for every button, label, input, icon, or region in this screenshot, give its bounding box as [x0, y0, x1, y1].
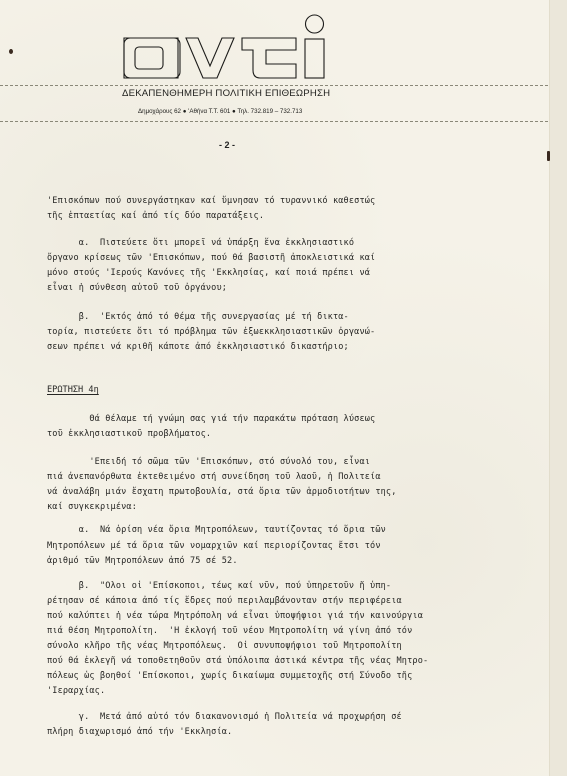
- masthead-rule-bottom: [0, 121, 548, 122]
- ink-speck: [547, 151, 550, 161]
- text-line: 'Επειδή τό σῶμα τῶν 'Επισκόπων, στό σύνο…: [47, 457, 370, 468]
- proposal-a-line: α. Νά ὁρίση νέα ὅρια Μητροπόλεων, ταυτίζ…: [47, 525, 386, 536]
- proposal-b-line: σύνολο κλῆρο τῆς νέας Μητροπόλεως. Οἱ συ…: [47, 641, 402, 652]
- ink-speck: [9, 49, 13, 54]
- proposal-b-line: πού καλύπτει ἡ νέα τώρα Μητρόπολη νά εἶν…: [47, 611, 423, 622]
- proposal-c-line: πλήρη διαχωρισμό ἀπό τήν 'Εκκλησία.: [47, 727, 232, 738]
- masthead-subtitle: ΔΕΚΑΠΕΝΘΗΜΕΡΗ ΠΟΛΙΤΙΚΗ ΕΠΙΘΕΩΡΗΣΗ: [122, 88, 382, 99]
- proposal-a-line: ἀριθμό τῶν Μητροπόλεων ἀπό 75 σέ 52.: [47, 556, 238, 567]
- question-a-line: μόνο στούς 'Ιερούς Κανόνες τῆς 'Εκκλησία…: [47, 268, 370, 279]
- masthead-address: Δημοχάρους 62 ● 'Αθήνα Τ.Τ. 601 ● Τηλ. 7…: [138, 108, 378, 115]
- text-line: Θά θέλαμε τή γνώμη σας γιά τήν παρακάτω …: [47, 414, 375, 425]
- text-line: τῆς ἑπταετίας καί ἀπό τίς δύο παρατάξεις…: [47, 211, 264, 222]
- masthead-rule-top: [0, 85, 548, 86]
- text-line: τοῦ ἐκκλησιαστικοῦ προβλήματος.: [47, 429, 211, 440]
- text-line: νά ἀναλάβη μιάν ἔσχατη πρωτοβουλία, στά …: [47, 487, 397, 498]
- proposal-b-line: β. "Ολοι οἱ 'Επίσκοποι, τέως καί νῦν, πο…: [47, 581, 391, 592]
- page-number: - 2 -: [219, 140, 235, 150]
- question-a-line: ὄργανο κρίσεως τῶν 'Επισκόπων, πού θά βα…: [47, 253, 375, 264]
- proposal-a-line: Μητροπόλεων μέ τά ὅρια τῶν νομαρχιῶν καί…: [47, 541, 381, 552]
- proposal-c-line: γ. Μετά ἀπό αὐτό τόν διακανονισμό ἡ Πολι…: [47, 712, 402, 723]
- proposal-b-line: πού θά ἐκλεγῆ νά τοποθετηθοῦν στά ὑπόλοι…: [47, 656, 428, 667]
- question-b-line: β. 'Εκτός ἀπό τό θέμα τῆς συνεργασίας μέ…: [47, 312, 349, 323]
- text-line: πιά ἀνεπανόρθωτα ἐκτεθειμένο στή συνείδη…: [47, 472, 381, 483]
- anti-logo: [120, 12, 330, 82]
- proposal-b-line: 'Ιεραρχίας.: [47, 686, 105, 697]
- question-a-line: α. Πιστεύετε ὅτι μπορεῖ νά ὑπάρξη ἕνα ἐκ…: [47, 238, 354, 249]
- question-b-line: τορία, πιστεύετε ὅτι τό πρόβλημα τῶν ἐξω…: [47, 327, 375, 338]
- page-edge-shadow: [549, 0, 567, 776]
- text-line: καί συγκεκριμένα:: [47, 502, 137, 513]
- proposal-b-line: ρέτησαν σέ κάποια ἀπό τίς ἕδρες πού περι…: [47, 596, 402, 607]
- question-b-line: σεων πρέπει νά κριθῆ κάποτε ἀπό ἐκκλησια…: [47, 342, 349, 353]
- proposal-b-line: πιά θέση Μητροπολίτη. 'Η ἐκλογή τοῦ νέου…: [47, 626, 412, 637]
- text-line: 'Επισκόπων πού συνεργάστηκαν καί ὕμνησαν…: [47, 196, 375, 207]
- question-a-line: εἶναι ἡ σύνθεση αὐτοῦ τοῦ ὀργάνου;: [47, 283, 227, 294]
- section-heading: ΕΡΩΤΗΣΗ 4η: [47, 385, 99, 395]
- proposal-b-line: πόλεως ὡς βοηθοί 'Επίσκοποι, χωρίς δικαί…: [47, 671, 412, 682]
